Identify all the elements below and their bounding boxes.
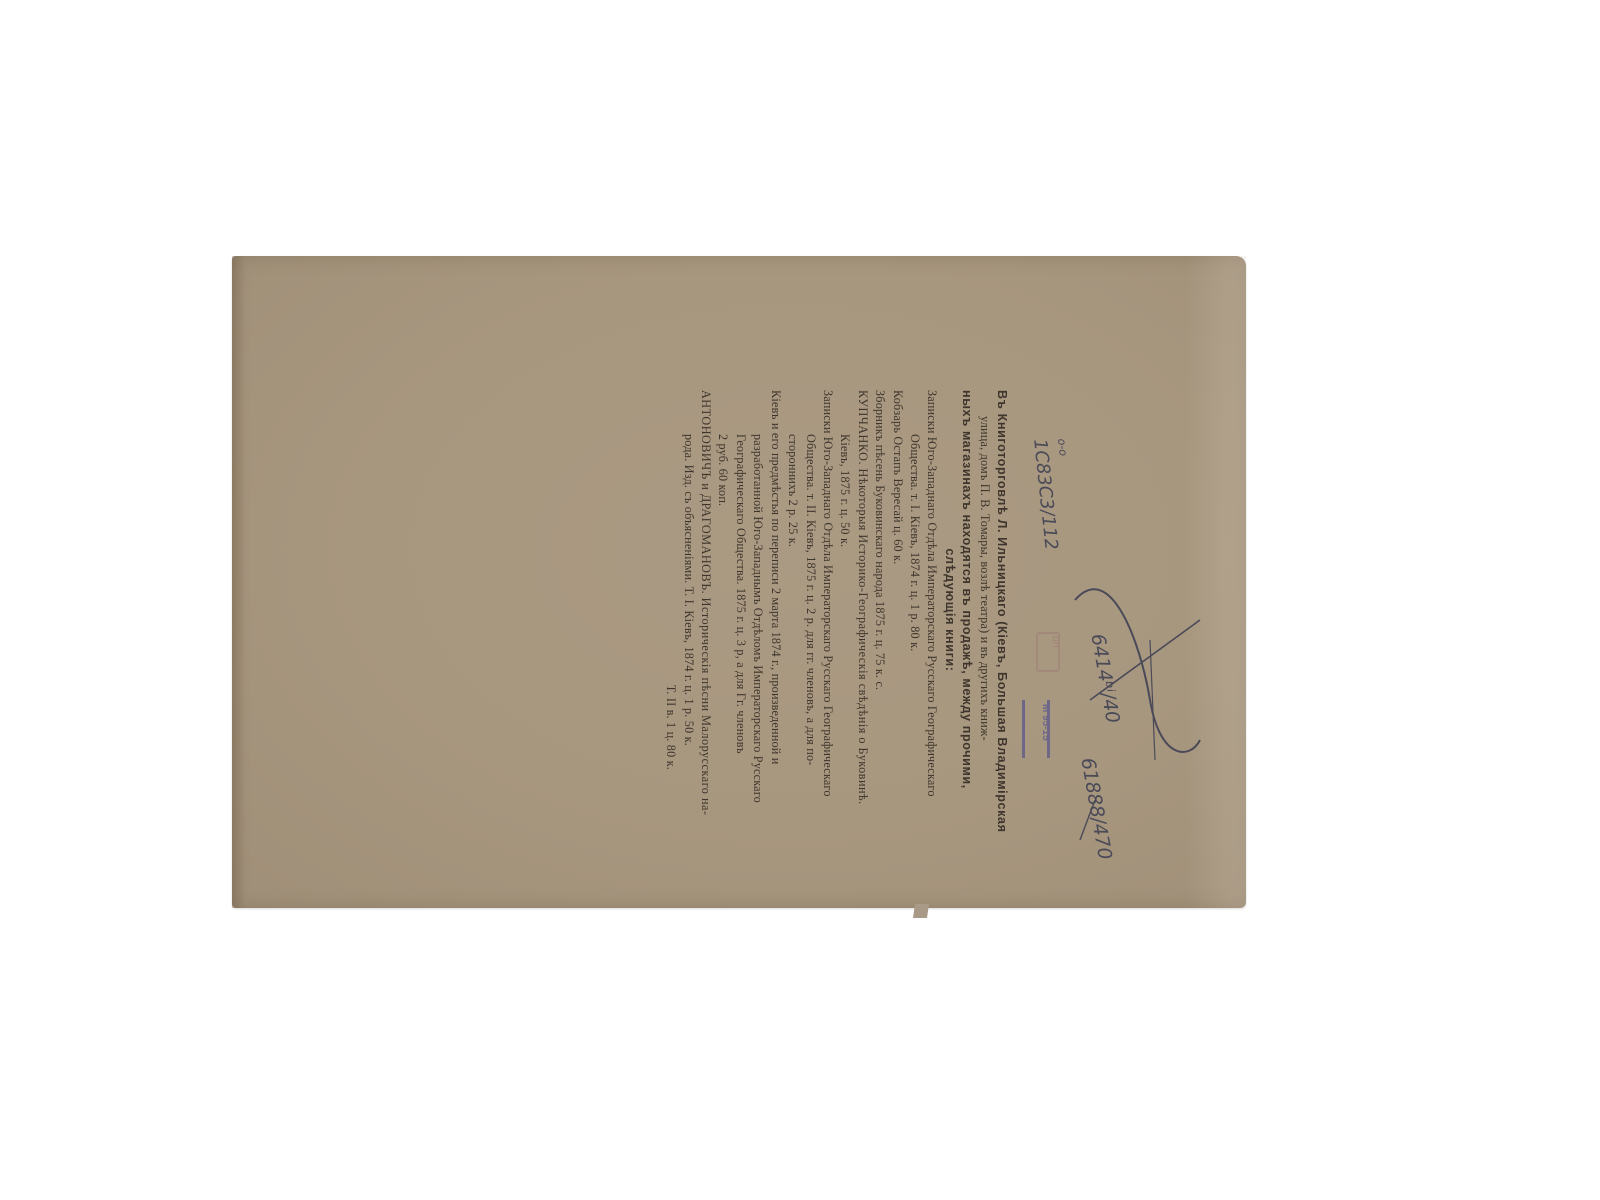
pencil-strike-marks xyxy=(0,0,1600,1200)
